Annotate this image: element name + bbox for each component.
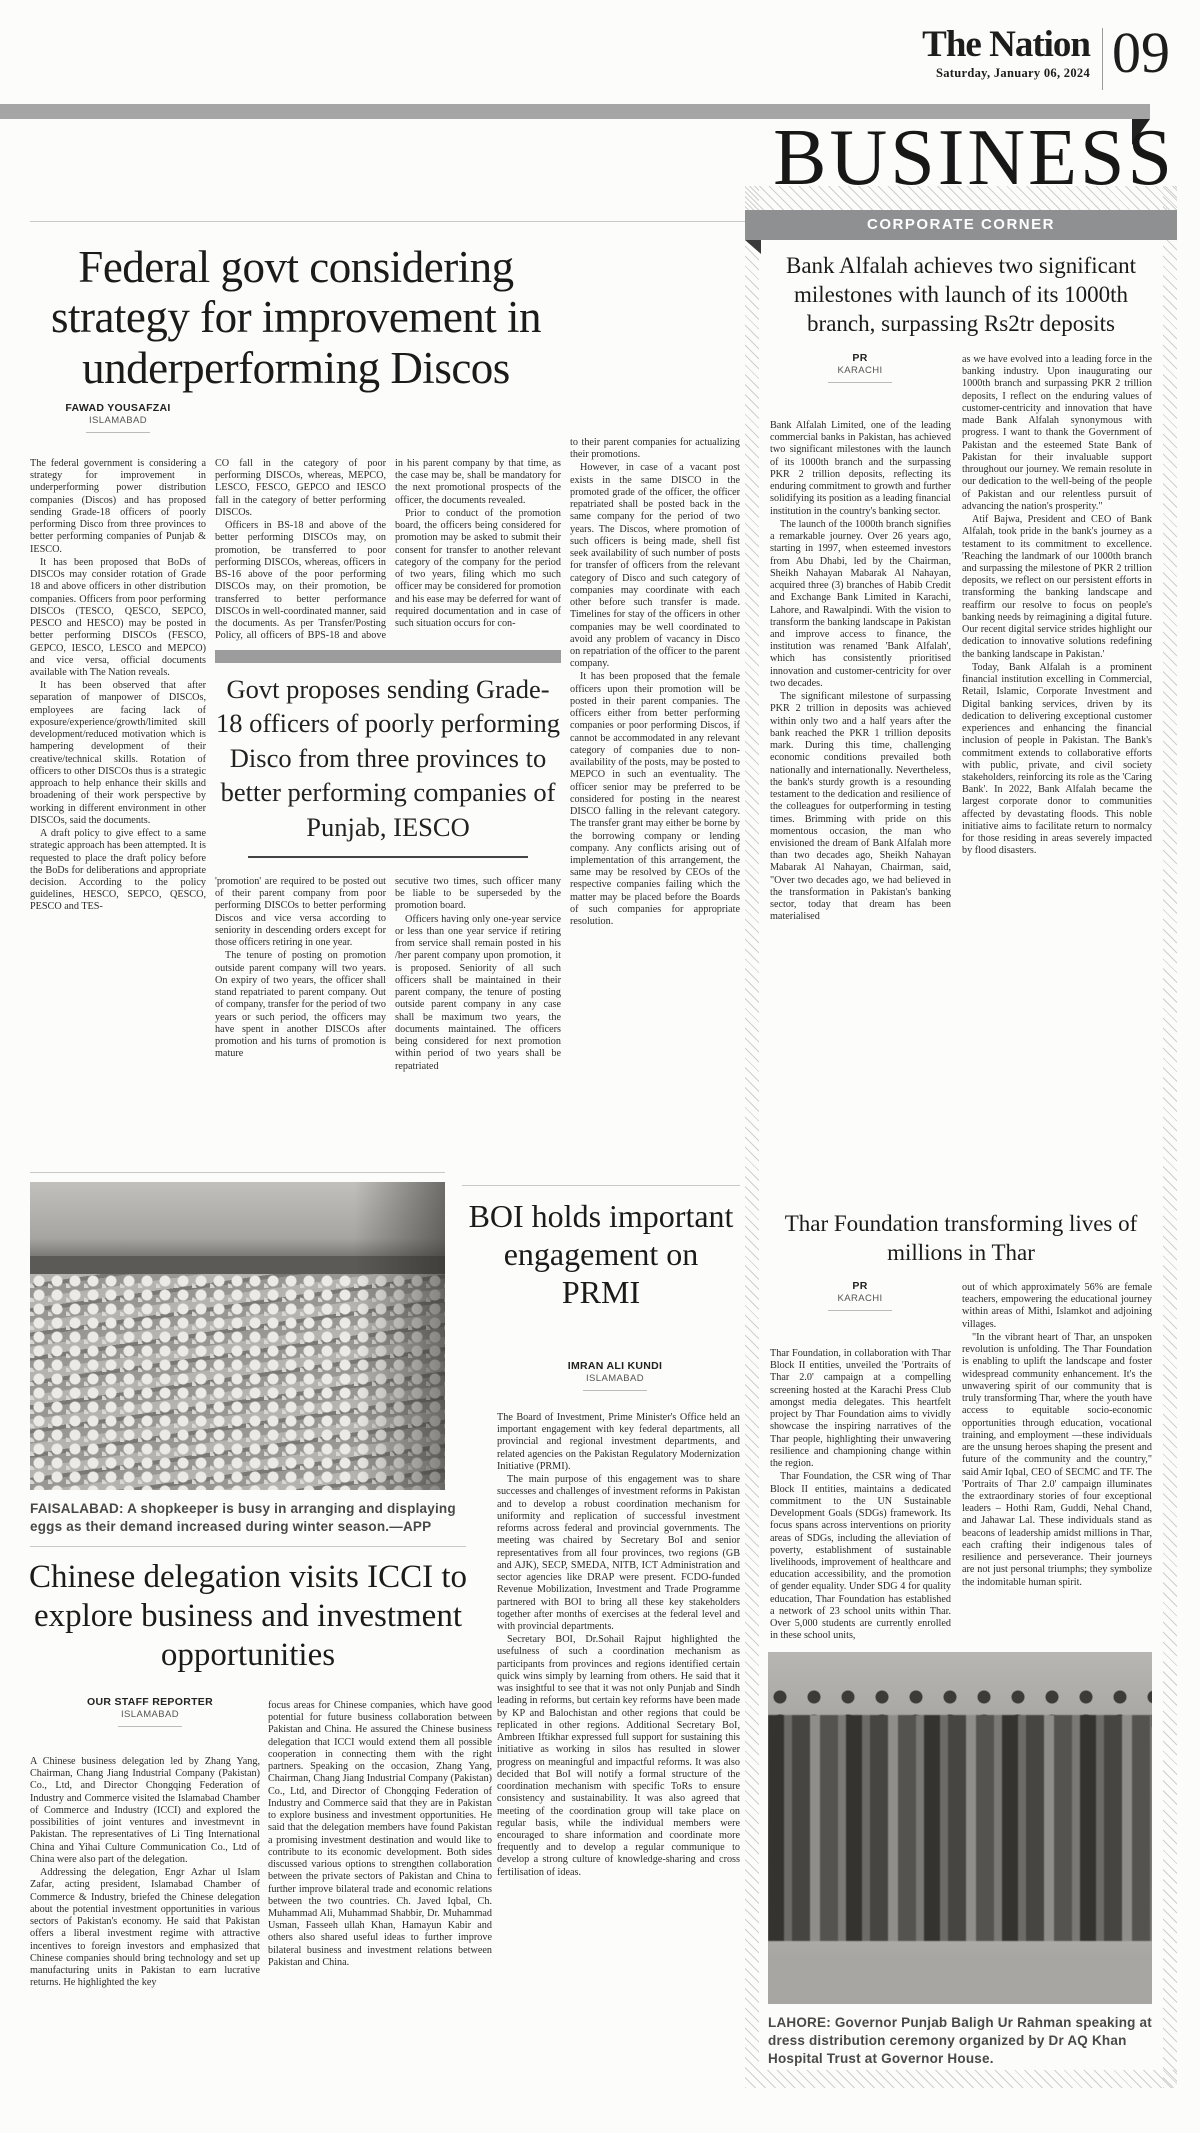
corner-hatch-top bbox=[745, 186, 1177, 212]
discos-byline-name: FAWAD YOUSAFZAI bbox=[30, 402, 206, 414]
thar-byline-name: PR bbox=[772, 1280, 948, 1292]
boi-byline-name: IMRAN ALI KUNDI bbox=[525, 1360, 705, 1372]
alfalah-column-b: as we have evolved into a leading force … bbox=[962, 354, 1152, 1180]
thar-byline: PR KARACHI bbox=[772, 1280, 948, 1311]
alfalah-column-a: Bank Alfalah Limited, one of the leading… bbox=[770, 420, 951, 1180]
corner-hatch-left bbox=[745, 186, 759, 2088]
alfalah-byline-location: KARACHI bbox=[772, 365, 948, 376]
thar-column-a: Thar Foundation, in collaboration with T… bbox=[770, 1348, 951, 1642]
masthead-date: Saturday, January 06, 2024 bbox=[840, 66, 1090, 81]
chinese-column-2: focus areas for Chinese companies, which… bbox=[268, 1700, 492, 2106]
boi-rule bbox=[462, 1185, 740, 1186]
thar-column-b: out of which approximately 56% are femal… bbox=[962, 1282, 1152, 1642]
boi-body: The Board of Investment, Prime Minister'… bbox=[497, 1412, 740, 2106]
discos-column-2-bottom: 'promotion' are required to be posted ou… bbox=[215, 876, 386, 1170]
thar-headline: Thar Foundation transforming lives of mi… bbox=[765, 1210, 1157, 1268]
masthead-title: The Nation bbox=[870, 26, 1090, 63]
byline-rule bbox=[828, 382, 892, 383]
alfalah-headline: Bank Alfalah achieves two significant mi… bbox=[765, 252, 1157, 339]
alfalah-byline-name: PR bbox=[772, 352, 948, 364]
ceremony-photo-caption: LAHORE: Governor Punjab Baligh Ur Rahman… bbox=[768, 2014, 1152, 2067]
eggs-photo bbox=[30, 1182, 445, 1490]
photo-people-group bbox=[768, 1715, 1152, 1940]
corner-hatch-right bbox=[1163, 186, 1177, 2088]
chinese-byline: OUR STAFF REPORTER ISLAMABAD bbox=[55, 1696, 245, 1727]
chinese-byline-name: OUR STAFF REPORTER bbox=[55, 1696, 245, 1708]
boi-headline: BOI holds important engagement on PRMI bbox=[462, 1198, 740, 1311]
chinese-rule bbox=[30, 1546, 466, 1547]
photo-floor bbox=[768, 1955, 1152, 2004]
photo-shade bbox=[354, 1182, 445, 1490]
discos-column-2-top: CO fall in the category of poor performi… bbox=[215, 458, 386, 646]
discos-column-4: to their parent companies for actualizin… bbox=[570, 437, 740, 1177]
boi-byline-location: ISLAMABAD bbox=[525, 1373, 705, 1384]
chinese-column-1: A Chinese business delegation led by Zha… bbox=[30, 1756, 260, 2106]
masthead-divider bbox=[1102, 28, 1103, 90]
pullquote-rule bbox=[248, 856, 528, 858]
newspaper-page: The Nation Saturday, January 06, 2024 09… bbox=[0, 0, 1200, 2133]
pullquote-bar bbox=[215, 650, 561, 663]
corner-hatch-bottom bbox=[745, 2070, 1177, 2088]
chinese-byline-location: ISLAMABAD bbox=[55, 1709, 245, 1720]
photo-rule bbox=[30, 1172, 445, 1173]
boi-byline: IMRAN ALI KUNDI ISLAMABAD bbox=[525, 1360, 705, 1391]
ceremony-photo bbox=[768, 1652, 1152, 2004]
corporate-corner-ribbon: CORPORATE CORNER bbox=[745, 210, 1177, 240]
byline-rule bbox=[118, 1726, 182, 1727]
discos-column-3-top: in his parent company by that time, as t… bbox=[395, 458, 561, 646]
discos-headline: Federal govt considering strategy for im… bbox=[30, 242, 562, 393]
byline-rule bbox=[583, 1390, 647, 1391]
discos-byline-location: ISLAMABAD bbox=[30, 415, 206, 426]
eggs-photo-caption: FAISALABAD: A shopkeeper is busy in arra… bbox=[30, 1500, 470, 1536]
discos-pullquote: Govt proposes sending Grade-18 officers … bbox=[215, 672, 561, 844]
ribbon-fold bbox=[745, 240, 761, 254]
alfalah-byline: PR KARACHI bbox=[772, 352, 948, 383]
discos-column-3-bottom: secutive two times, such officer many be… bbox=[395, 876, 561, 1170]
discos-byline: FAWAD YOUSAFZAI ISLAMABAD bbox=[30, 402, 206, 433]
discos-column-1: The federal government is considering a … bbox=[30, 458, 206, 1170]
chinese-headline: Chinese delegation visits ICCI to explor… bbox=[28, 1558, 468, 1675]
thar-byline-location: KARACHI bbox=[772, 1293, 948, 1304]
page-number: 09 bbox=[1112, 24, 1170, 82]
byline-rule bbox=[828, 1310, 892, 1311]
byline-rule bbox=[86, 432, 150, 433]
